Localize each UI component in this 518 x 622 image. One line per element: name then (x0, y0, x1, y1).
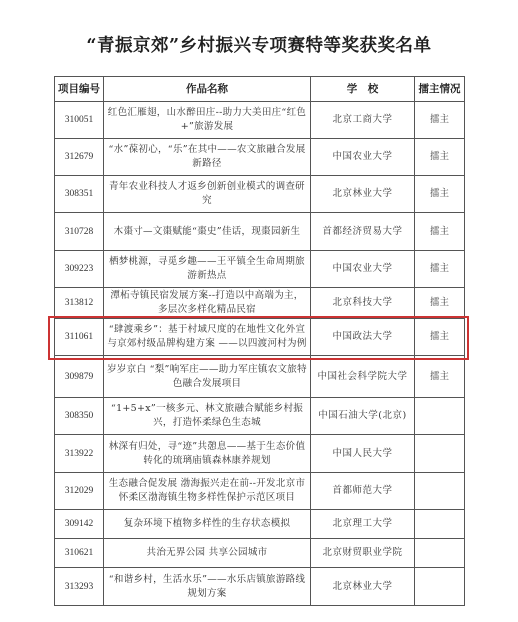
work-name-cell: “水”葆初心，“乐”在其中——农文旅融合发展新路径 (104, 139, 311, 176)
project-id-cell: 313812 (55, 288, 104, 319)
header-work-name: 作品名称 (104, 77, 311, 102)
work-name-cell: 复杂环境下植物多样性的生存状态模拟 (104, 510, 311, 539)
school-cell: 北京科技大学 (311, 288, 415, 319)
school-cell: 北京财贸职业学院 (311, 539, 415, 568)
work-name-cell: 潭柘寺镇民宿发展方案--打造以中高端为主，多层次多样化精品民宿 (104, 288, 311, 319)
work-name-cell: 生态融合促发展 渤海振兴走在前--开发北京市怀柔区渤海镇生物多样性保护示范区项目 (104, 473, 311, 510)
table-row: 308350“1+5+x”一核多元、林文旅融合赋能乡村振兴，打造怀柔绿色生态城中… (55, 398, 465, 435)
work-name-cell: 岁岁京白 “梨”响军庄——助力军庄镇农文旅特色融合发展项目 (104, 356, 311, 398)
project-id-cell: 309879 (55, 356, 104, 398)
project-id-cell: 313293 (55, 568, 104, 606)
work-name-cell: 青年农业科技人才返乡创新创业模式的调查研究 (104, 176, 311, 213)
school-cell: 中国农业大学 (311, 251, 415, 288)
project-id-cell: 312679 (55, 139, 104, 176)
table-body: 310051红色汇雁翅，山水醉田庄--助力大美田庄“红色+”旅游发展北京工商大学… (55, 102, 465, 606)
project-id-cell: 308351 (55, 176, 104, 213)
work-name-cell: “和谐乡村，生活水乐”——水乐店镇旅游路线规划方案 (104, 568, 311, 606)
table-row: 313812潭柘寺镇民宿发展方案--打造以中高端为主，多层次多样化精品民宿北京科… (55, 288, 465, 319)
table-row: 313293“和谐乡村，生活水乐”——水乐店镇旅游路线规划方案北京林业大学 (55, 568, 465, 606)
champion-status-cell: 擂主 (415, 213, 465, 251)
project-id-cell: 309142 (55, 510, 104, 539)
page-title: “青振京郊”乡村振兴专项赛特等奖获奖名单 (0, 32, 518, 57)
champion-status-cell: 擂主 (415, 356, 465, 398)
table-row: 309142复杂环境下植物多样性的生存状态模拟北京理工大学 (55, 510, 465, 539)
champion-status-cell: 擂主 (415, 176, 465, 213)
work-name-cell: 红色汇雁翅，山水醉田庄--助力大美田庄“红色+”旅游发展 (104, 102, 311, 139)
table-row: 309879岁岁京白 “梨”响军庄——助力军庄镇农文旅特色融合发展项目中国社会科… (55, 356, 465, 398)
table-row: 309223栖梦桃源，寻觅乡趣——王平镇全生命周期旅 游新热点中国农业大学擂主 (55, 251, 465, 288)
school-cell: 首都师范大学 (311, 473, 415, 510)
champion-status-cell: 擂主 (415, 251, 465, 288)
school-cell: 中国政法大学 (311, 319, 415, 356)
table-row: 313922林深有归处，寻“迹”共憩息——基于生态价值转化的琉璃庙镇森林康养规划… (55, 435, 465, 473)
work-name-cell: 栖梦桃源，寻觅乡趣——王平镇全生命周期旅 游新热点 (104, 251, 311, 288)
header-school: 学 校 (311, 77, 415, 102)
champion-status-cell (415, 568, 465, 606)
table-row: 310621共治无界公园 共享公园城市北京财贸职业学院 (55, 539, 465, 568)
project-id-cell: 310728 (55, 213, 104, 251)
school-cell: 首都经济贸易大学 (311, 213, 415, 251)
champion-status-cell (415, 539, 465, 568)
school-cell: 北京工商大学 (311, 102, 415, 139)
table-row: 312029生态融合促发展 渤海振兴走在前--开发北京市怀柔区渤海镇生物多样性保… (55, 473, 465, 510)
table-row: 310728木棗寸—文棗赋能“棗史”佳话，现棗园新生首都经济贸易大学擂主 (55, 213, 465, 251)
champion-status-cell: 擂主 (415, 139, 465, 176)
champion-status-cell: 擂主 (415, 288, 465, 319)
table-row-highlighted: 311061“肆渡乘乡”：基于村域尺度的在地性文化外宣与京郊村级品牌构建方案 —… (55, 319, 465, 356)
table-row: 310051红色汇雁翅，山水醉田庄--助力大美田庄“红色+”旅游发展北京工商大学… (55, 102, 465, 139)
school-cell: 北京林业大学 (311, 176, 415, 213)
work-name-cell: “1+5+x”一核多元、林文旅融合赋能乡村振兴，打造怀柔绿色生态城 (104, 398, 311, 435)
awards-table: 项目编号 作品名称 学 校 擂主情况 310051红色汇雁翅，山水醉田庄--助力… (54, 76, 465, 606)
project-id-cell: 310051 (55, 102, 104, 139)
project-id-cell: 308350 (55, 398, 104, 435)
champion-status-cell: 擂主 (415, 319, 465, 356)
school-cell: 中国石油大学(北京) (311, 398, 415, 435)
project-id-cell: 312029 (55, 473, 104, 510)
table-header-row: 项目编号 作品名称 学 校 擂主情况 (55, 77, 465, 102)
header-project-id: 项目编号 (55, 77, 104, 102)
project-id-cell: 311061 (55, 319, 104, 356)
work-name-cell: 共治无界公园 共享公园城市 (104, 539, 311, 568)
school-cell: 中国人民大学 (311, 435, 415, 473)
work-name-cell: 林深有归处，寻“迹”共憩息——基于生态价值转化的琉璃庙镇森林康养规划 (104, 435, 311, 473)
school-cell: 北京林业大学 (311, 568, 415, 606)
work-name-cell: “肆渡乘乡”：基于村域尺度的在地性文化外宣与京郊村级品牌构建方案 ——以四渡河村… (104, 319, 311, 356)
project-id-cell: 309223 (55, 251, 104, 288)
table-row: 312679“水”葆初心，“乐”在其中——农文旅融合发展新路径中国农业大学擂主 (55, 139, 465, 176)
school-cell: 北京理工大学 (311, 510, 415, 539)
header-champion-status: 擂主情况 (415, 77, 465, 102)
project-id-cell: 313922 (55, 435, 104, 473)
champion-status-cell (415, 473, 465, 510)
champion-status-cell (415, 435, 465, 473)
school-cell: 中国社会科学院大学 (311, 356, 415, 398)
table-row: 308351青年农业科技人才返乡创新创业模式的调查研究北京林业大学擂主 (55, 176, 465, 213)
project-id-cell: 310621 (55, 539, 104, 568)
champion-status-cell (415, 398, 465, 435)
champion-status-cell: 擂主 (415, 102, 465, 139)
school-cell: 中国农业大学 (311, 139, 415, 176)
work-name-cell: 木棗寸—文棗赋能“棗史”佳话，现棗园新生 (104, 213, 311, 251)
champion-status-cell (415, 510, 465, 539)
